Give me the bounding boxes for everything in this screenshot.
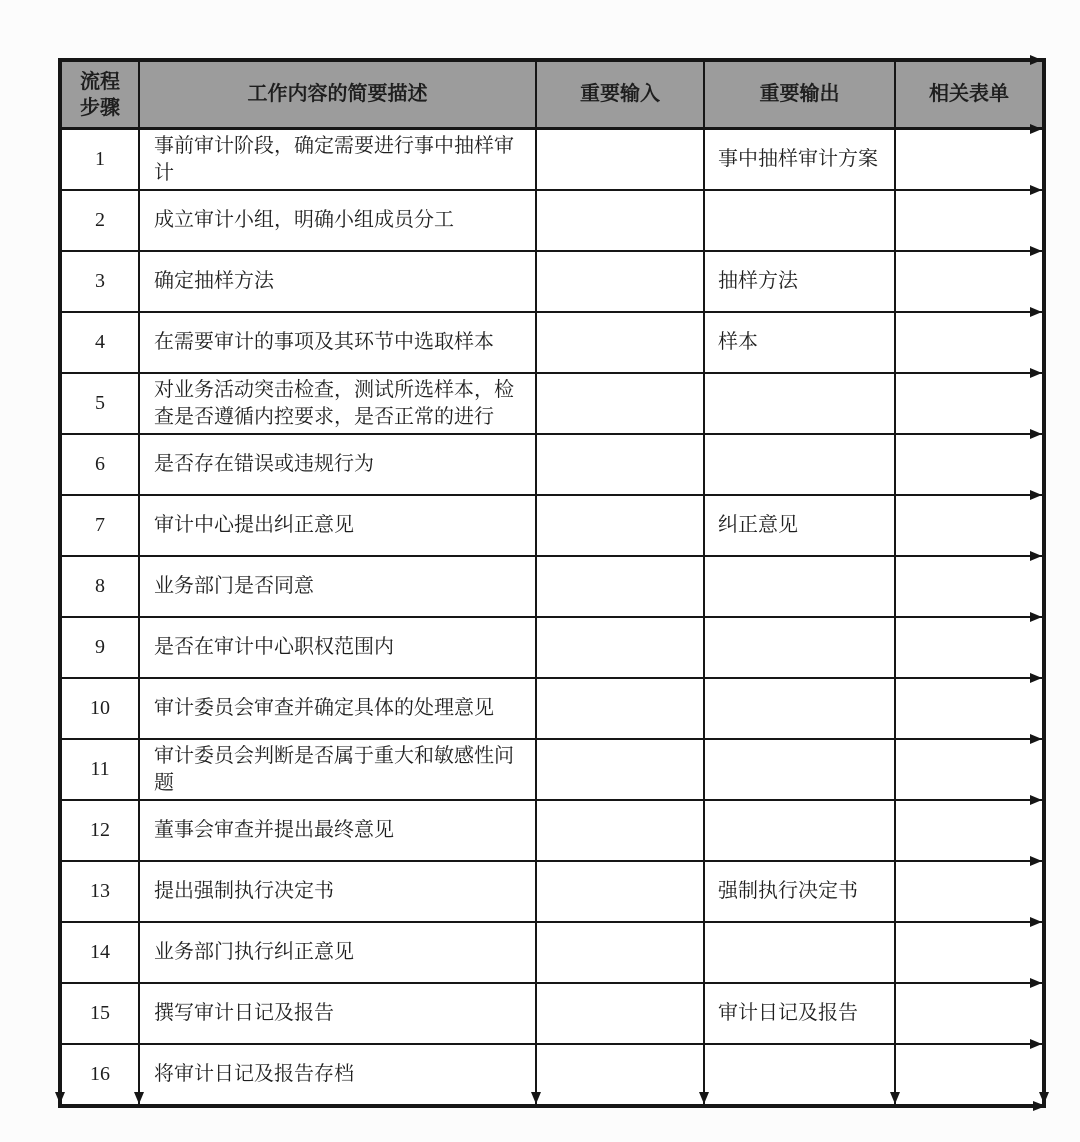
- input-cell: [535, 435, 703, 494]
- right-arrowhead-icon: [1030, 185, 1042, 195]
- right-arrowhead-icon: [1033, 1101, 1046, 1111]
- step-cell: 7: [62, 496, 138, 555]
- step-cell: 15: [62, 984, 138, 1043]
- step-cell: 13: [62, 862, 138, 921]
- output-cell: 样本: [703, 313, 894, 372]
- table-row: 15 撰写审计日记及报告 审计日记及报告: [62, 982, 1042, 1043]
- input-cell: [535, 496, 703, 555]
- right-arrowhead-icon: [1030, 551, 1042, 561]
- right-arrowhead-icon: [1030, 490, 1042, 500]
- output-cell: [703, 679, 894, 738]
- output-cell: [703, 435, 894, 494]
- step-cell: 3: [62, 252, 138, 311]
- form-cell: [894, 130, 1042, 189]
- step-cell: 12: [62, 801, 138, 860]
- down-arrowhead-icon: [134, 1092, 144, 1104]
- right-arrowhead-icon: [1030, 612, 1042, 622]
- description-cell: 将审计日记及报告存档: [138, 1045, 535, 1104]
- form-cell: [894, 1045, 1042, 1104]
- table-row: 12 董事会审查并提出最终意见: [62, 799, 1042, 860]
- document-page: 流程步骤 工作内容的简要描述 重要输入 重要输出 相关表单 1 事前审计阶段，确…: [0, 0, 1080, 1142]
- description-cell: 对业务活动突击检查，测试所选样本，检查是否遵循内控要求，是否正常的进行: [138, 374, 535, 433]
- description-cell: 业务部门执行纠正意见: [138, 923, 535, 982]
- description-cell: 业务部门是否同意: [138, 557, 535, 616]
- step-cell: 10: [62, 679, 138, 738]
- output-cell: [703, 801, 894, 860]
- output-cell: [703, 1045, 894, 1104]
- step-cell: 2: [62, 191, 138, 250]
- input-cell: [535, 191, 703, 250]
- output-cell: 审计日记及报告: [703, 984, 894, 1043]
- input-cell: [535, 923, 703, 982]
- down-arrowhead-icon: [531, 1092, 541, 1104]
- form-cell: [894, 618, 1042, 677]
- output-cell: [703, 618, 894, 677]
- table-row: 4 在需要审计的事项及其环节中选取样本 样本: [62, 311, 1042, 372]
- description-cell: 提出强制执行决定书: [138, 862, 535, 921]
- description-cell: 审计委员会判断是否属于重大和敏感性问题: [138, 740, 535, 799]
- table-row: 6 是否存在错误或违规行为: [62, 433, 1042, 494]
- table-row: 8 业务部门是否同意: [62, 555, 1042, 616]
- table-header-row: 流程步骤 工作内容的简要描述 重要输入 重要输出 相关表单: [62, 62, 1042, 127]
- table-row: 14 业务部门执行纠正意见: [62, 921, 1042, 982]
- step-cell: 4: [62, 313, 138, 372]
- form-cell: [894, 984, 1042, 1043]
- description-cell: 在需要审计的事项及其环节中选取样本: [138, 313, 535, 372]
- output-cell: 强制执行决定书: [703, 862, 894, 921]
- right-arrowhead-icon: [1030, 917, 1042, 927]
- description-cell: 是否在审计中心职权范围内: [138, 618, 535, 677]
- output-cell: 纠正意见: [703, 496, 894, 555]
- right-arrowhead-icon: [1030, 246, 1042, 256]
- table-row: 9 是否在审计中心职权范围内: [62, 616, 1042, 677]
- description-cell: 撰写审计日记及报告: [138, 984, 535, 1043]
- form-cell: [894, 374, 1042, 433]
- right-arrowhead-icon: [1030, 978, 1042, 988]
- header-cell-input: 重要输入: [535, 62, 703, 127]
- input-cell: [535, 740, 703, 799]
- form-cell: [894, 496, 1042, 555]
- table-row: 5 对业务活动突击检查，测试所选样本，检查是否遵循内控要求，是否正常的进行: [62, 372, 1042, 433]
- form-cell: [894, 557, 1042, 616]
- right-arrowhead-icon: [1030, 856, 1042, 866]
- table-row: 10 审计委员会审查并确定具体的处理意见: [62, 677, 1042, 738]
- input-cell: [535, 313, 703, 372]
- header-cell-description: 工作内容的简要描述: [138, 62, 535, 127]
- input-cell: [535, 374, 703, 433]
- header-cell-form: 相关表单: [894, 62, 1042, 127]
- description-cell: 事前审计阶段，确定需要进行事中抽样审计: [138, 130, 535, 189]
- header-cell-output: 重要输出: [703, 62, 894, 127]
- form-cell: [894, 801, 1042, 860]
- table-body: 1 事前审计阶段，确定需要进行事中抽样审计 事中抽样审计方案 2 成立审计小组，…: [62, 127, 1042, 1104]
- output-cell: 事中抽样审计方案: [703, 130, 894, 189]
- form-cell: [894, 740, 1042, 799]
- output-cell: [703, 740, 894, 799]
- description-cell: 是否存在错误或违规行为: [138, 435, 535, 494]
- step-cell: 11: [62, 740, 138, 799]
- output-cell: [703, 557, 894, 616]
- description-cell: 董事会审查并提出最终意见: [138, 801, 535, 860]
- right-arrowhead-icon: [1030, 55, 1042, 65]
- input-cell: [535, 862, 703, 921]
- form-cell: [894, 923, 1042, 982]
- form-cell: [894, 435, 1042, 494]
- form-cell: [894, 862, 1042, 921]
- right-arrowhead-icon: [1030, 429, 1042, 439]
- right-arrowhead-icon: [1030, 307, 1042, 317]
- description-cell: 成立审计小组，明确小组成员分工: [138, 191, 535, 250]
- input-cell: [535, 130, 703, 189]
- right-arrowhead-icon: [1030, 734, 1042, 744]
- process-table: 流程步骤 工作内容的简要描述 重要输入 重要输出 相关表单 1 事前审计阶段，确…: [58, 58, 1046, 1108]
- step-cell: 9: [62, 618, 138, 677]
- output-cell: 抽样方法: [703, 252, 894, 311]
- form-cell: [894, 252, 1042, 311]
- input-cell: [535, 252, 703, 311]
- step-cell: 5: [62, 374, 138, 433]
- output-cell: [703, 923, 894, 982]
- form-cell: [894, 313, 1042, 372]
- right-arrowhead-icon: [1030, 368, 1042, 378]
- step-cell: 14: [62, 923, 138, 982]
- description-cell: 确定抽样方法: [138, 252, 535, 311]
- description-cell: 审计委员会审查并确定具体的处理意见: [138, 679, 535, 738]
- table-row: 13 提出强制执行决定书 强制执行决定书: [62, 860, 1042, 921]
- down-arrowhead-icon: [55, 1092, 65, 1104]
- input-cell: [535, 984, 703, 1043]
- step-cell: 6: [62, 435, 138, 494]
- description-cell: 审计中心提出纠正意见: [138, 496, 535, 555]
- table-row: 7 审计中心提出纠正意见 纠正意见: [62, 494, 1042, 555]
- input-cell: [535, 1045, 703, 1104]
- right-arrowhead-icon: [1030, 1039, 1042, 1049]
- table-row: 3 确定抽样方法 抽样方法: [62, 250, 1042, 311]
- input-cell: [535, 679, 703, 738]
- header-cell-step: 流程步骤: [62, 62, 138, 127]
- down-arrowhead-icon: [890, 1092, 900, 1104]
- step-cell: 16: [62, 1045, 138, 1104]
- right-arrowhead-icon: [1030, 673, 1042, 683]
- step-cell: 8: [62, 557, 138, 616]
- down-arrowhead-icon: [699, 1092, 709, 1104]
- input-cell: [535, 801, 703, 860]
- form-cell: [894, 191, 1042, 250]
- right-arrowhead-icon: [1030, 124, 1042, 134]
- input-cell: [535, 557, 703, 616]
- form-cell: [894, 679, 1042, 738]
- output-cell: [703, 191, 894, 250]
- table-row: 11 审计委员会判断是否属于重大和敏感性问题: [62, 738, 1042, 799]
- table-row: 1 事前审计阶段，确定需要进行事中抽样审计 事中抽样审计方案: [62, 127, 1042, 189]
- output-cell: [703, 374, 894, 433]
- input-cell: [535, 618, 703, 677]
- right-arrowhead-icon: [1030, 795, 1042, 805]
- table-row: 2 成立审计小组，明确小组成员分工: [62, 189, 1042, 250]
- step-cell: 1: [62, 130, 138, 189]
